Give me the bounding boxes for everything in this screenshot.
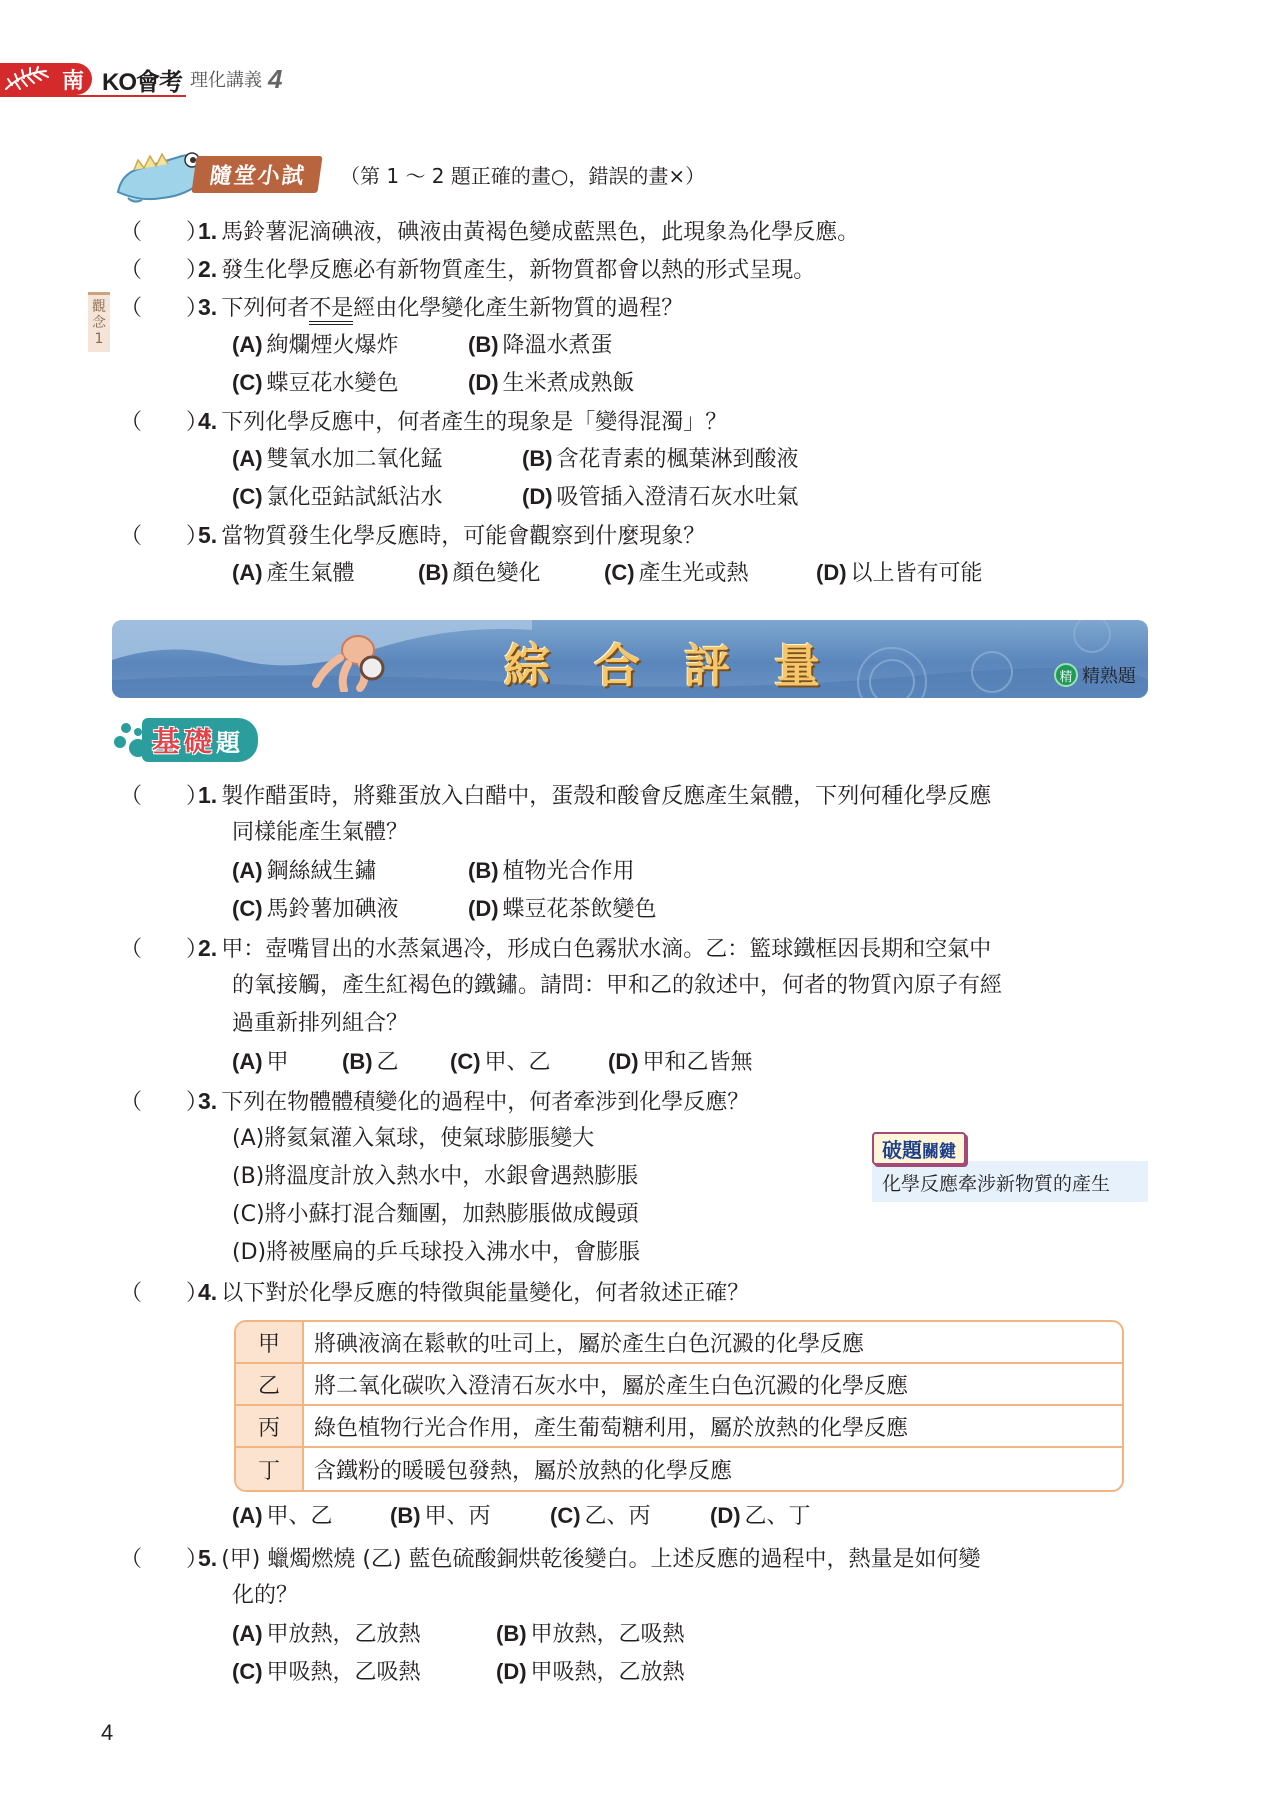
option-c[interactable]: (C)甲、乙 — [450, 1043, 608, 1082]
statement-table: 甲將碘液滴在鬆軟的吐司上，屬於產生白色沉澱的化學反應 乙將二氧化碳吹入澄清石灰水… — [234, 1320, 1124, 1492]
emphasis-text: 不是 — [309, 296, 353, 325]
options-row: (A)絢爛煙火爆炸 (B)降溫水煮蛋 — [232, 326, 613, 365]
option-text: 甲吸熱，乙放熱 — [531, 1660, 685, 1685]
basic-question-4: （ ）4.以下對於化學反應的特徵與能量變化，何者敘述正確？ — [120, 1273, 749, 1313]
option-text: 甲、乙 — [267, 1504, 333, 1529]
question-text: 下列何者 — [221, 296, 309, 321]
question-number: 4. — [198, 408, 217, 434]
option-text: 氯化亞鈷試紙沾水 — [267, 485, 443, 510]
question-number: 3. — [198, 1088, 217, 1114]
answer-blank[interactable]: （ ） — [120, 290, 198, 328]
option-text: 含花青素的楓葉淋到酸液 — [557, 447, 799, 472]
option-a[interactable]: (A)鋼絲絨生鏽 — [232, 852, 468, 891]
option-label: (B) — [418, 560, 449, 585]
question-text: 以下對於化學反應的特徵與能量變化，何者敘述正確？ — [221, 1281, 749, 1306]
question-number: 4. — [198, 1279, 217, 1305]
question-text-cont: 化的？ — [232, 1577, 298, 1615]
page-header: 南 KO會考 理化講義 4 — [0, 62, 282, 96]
option-a[interactable]: (A)甲放熱，乙放熱 — [232, 1615, 496, 1654]
quiz-question-2: （ ）2.發生化學反應必有新物質產生，新物質都會以熱的形式呈現。 — [120, 250, 815, 290]
option-b[interactable]: (B)甲、丙 — [390, 1497, 550, 1536]
option-text: 生米煮成熟飯 — [503, 371, 635, 396]
answer-blank[interactable]: （ ） — [120, 1275, 198, 1313]
option-label: (C) — [604, 560, 635, 585]
option-text: 雙氧水加二氧化錳 — [267, 447, 443, 472]
row-key: 甲 — [236, 1322, 304, 1362]
volume-number: 4 — [268, 64, 282, 95]
quiz-question-4: （ ）4.下列化學反應中，何者產生的現象是「變得混濁」？ — [120, 402, 727, 442]
answer-blank[interactable]: （ ） — [120, 518, 198, 556]
question-text-cont: 過重新排列組合？ — [232, 1005, 408, 1043]
options-row: (A)產生氣體 (B)顏色變化 (C)產生光或熱 (D)以上皆有可能 — [232, 554, 983, 593]
option-text: 以上皆有可能 — [851, 561, 983, 586]
option-label: (B) — [468, 332, 499, 357]
options-row: (A)鋼絲絨生鏽 (B)植物光合作用 — [232, 852, 635, 891]
section-title-char: 合 — [594, 630, 640, 696]
option-c[interactable]: (C)產生光或熱 — [604, 554, 816, 593]
mastery-label: 精熟題 — [1082, 662, 1136, 688]
option-b[interactable]: (B)降溫水煮蛋 — [468, 326, 613, 365]
answer-blank[interactable]: （ ） — [120, 214, 198, 252]
option-b[interactable]: (B)含花青素的楓葉淋到酸液 — [522, 440, 799, 479]
option-b[interactable]: (B)將溫度計放入熱水中，水銀會遇熱膨脹 — [232, 1158, 638, 1196]
question-text: 下列在物體體積變化的過程中，何者牽涉到化學反應？ — [221, 1090, 749, 1115]
basic-questions-label: 基 礎 題 — [112, 718, 258, 762]
section-title: 綜 合 評 量 — [504, 630, 820, 696]
option-text: 產生光或熱 — [639, 561, 749, 586]
options-row: (C)蝶豆花水變色 (D)生米煮成熟飯 — [232, 364, 635, 403]
concept-tag-char: 念 — [88, 315, 110, 331]
answer-blank[interactable]: （ ） — [120, 778, 198, 816]
section-title-char: 綜 — [504, 630, 550, 696]
option-label: (B) — [232, 1158, 264, 1196]
quiz-question-1: （ ）1.馬鈴薯泥滴碘液，碘液由黃褐色變成藍黑色，此現象為化學反應。 — [120, 212, 859, 252]
option-label: (A) — [232, 446, 263, 471]
basic-label-bar: 基 礎 題 — [142, 718, 258, 762]
option-d[interactable]: (D)蝶豆花茶飲變色 — [468, 890, 657, 929]
question-text: 製作醋蛋時，將雞蛋放入白醋中，蛋殼和酸會反應產生氣體，下列何種化學反應 — [221, 784, 991, 809]
option-label: (B) — [496, 1621, 527, 1646]
options-row: (C)甲吸熱，乙吸熱 (D)甲吸熱，乙放熱 — [232, 1653, 685, 1692]
concept-tag-char: 觀 — [88, 299, 110, 315]
option-label: (D) — [468, 896, 499, 921]
option-label: (A) — [232, 1621, 263, 1646]
question-text: (甲) 蠟燭燃燒 (乙) 藍色硫酸銅烘乾後變白。上述反應的過程中，熱量是如何變 — [221, 1547, 980, 1572]
brand-name: KO會考 — [102, 62, 182, 97]
option-label: (D) — [608, 1049, 639, 1074]
option-d[interactable]: (D)生米煮成熟飯 — [468, 364, 635, 403]
quiz-banner: 隨堂小試 （第 1 ～ 2 題正確的畫○，錯誤的畫×） — [112, 142, 705, 206]
row-key: 丙 — [236, 1406, 304, 1446]
table-row: 丙綠色植物行光合作用，產生葡萄糖利用，屬於放熱的化學反應 — [236, 1406, 1122, 1448]
basic-question-1: （ ）1.製作醋蛋時，將雞蛋放入白醋中，蛋殼和酸會反應產生氣體，下列何種化學反應 — [120, 776, 991, 816]
answer-blank[interactable]: （ ） — [120, 931, 198, 969]
section-title-char: 評 — [684, 630, 730, 696]
option-text: 乙、丁 — [745, 1504, 811, 1529]
option-label: (C) — [232, 370, 263, 395]
question-text-cont: 的氧接觸，產生紅褐色的鐵鏽。請問：甲和乙的敘述中，何者的物質內原子有經 — [232, 967, 1002, 1005]
answer-blank[interactable]: （ ） — [120, 404, 198, 442]
option-b[interactable]: (B)甲放熱，乙吸熱 — [496, 1615, 685, 1654]
option-label: (B) — [390, 1503, 421, 1528]
option-text: 將小蘇打混合麵團，加熱膨脹做成饅頭 — [265, 1196, 639, 1234]
option-text: 將氦氣灌入氣球，使氣球膨脹變大 — [264, 1120, 594, 1158]
question-number: 5. — [198, 1545, 217, 1571]
option-label: (D) — [710, 1503, 741, 1528]
hint-text: 化學反應牽涉新物質的產生 — [872, 1161, 1148, 1202]
option-label: (A) — [232, 1503, 263, 1528]
option-label: (B) — [522, 446, 553, 471]
header-underline — [0, 95, 186, 97]
option-c[interactable]: (C)甲吸熱，乙吸熱 — [232, 1653, 496, 1692]
row-value: 將二氧化碳吹入澄清石灰水中，屬於產生白色沉澱的化學反應 — [304, 1364, 1122, 1404]
question-number: 2. — [198, 935, 217, 961]
mastery-badge: 精 精熟題 — [1054, 662, 1136, 688]
options-row: (A)甲 (B)乙 (C)甲、乙 (D)甲和乙皆無 — [232, 1043, 753, 1082]
option-text: 乙、丙 — [585, 1504, 651, 1529]
option-d[interactable]: (D)甲和乙皆無 — [608, 1043, 753, 1082]
question-number: 5. — [198, 522, 217, 548]
basic-label-char: 題 — [216, 723, 240, 758]
hint-box: 破題關鍵 化學反應牽涉新物質的產生 — [872, 1132, 1148, 1202]
options-row: (A)甲放熱，乙放熱 (B)甲放熱，乙吸熱 — [232, 1615, 685, 1654]
option-label: (C) — [232, 896, 263, 921]
option-label: (A) — [232, 332, 263, 357]
options-row: (A)雙氧水加二氧化錳 (B)含花青素的楓葉淋到酸液 — [232, 440, 799, 479]
option-text: 蝶豆花水變色 — [267, 371, 399, 396]
octopus-mascot-icon — [310, 628, 400, 692]
option-label: (C) — [232, 1659, 263, 1684]
options-row: (C)氯化亞鈷試紙沾水 (D)吸管插入澄清石灰水吐氣 — [232, 478, 799, 517]
option-a[interactable]: (A)甲、乙 — [232, 1497, 390, 1536]
answer-blank[interactable]: （ ） — [120, 1541, 198, 1579]
option-b[interactable]: (B)顏色變化 — [418, 554, 604, 593]
option-label: (C) — [550, 1503, 581, 1528]
option-c[interactable]: (C)馬鈴薯加碘液 — [232, 890, 468, 929]
paw-print-icon — [112, 720, 148, 760]
option-text: 甲放熱，乙吸熱 — [531, 1622, 685, 1647]
option-label: (A) — [232, 560, 263, 585]
book-subtitle: 理化講義 — [190, 66, 262, 92]
option-label: (A) — [232, 858, 263, 883]
option-text: 產生氣體 — [267, 561, 355, 586]
option-a[interactable]: (A)產生氣體 — [232, 554, 418, 593]
option-d[interactable]: (D)乙、丁 — [710, 1497, 811, 1536]
row-value: 將碘液滴在鬆軟的吐司上，屬於產生白色沉澱的化學反應 — [304, 1322, 1122, 1362]
option-text: 植物光合作用 — [503, 859, 635, 884]
concept-tag: 觀 念 1 — [88, 292, 110, 352]
question-text: 下列化學反應中，何者產生的現象是「變得混濁」？ — [221, 410, 727, 435]
hint-tag-main: 破題 — [882, 1138, 922, 1162]
question-text: 馬鈴薯泥滴碘液，碘液由黃褐色變成藍黑色，此現象為化學反應。 — [221, 220, 859, 245]
option-d[interactable]: (D)吸管插入澄清石灰水吐氣 — [522, 478, 799, 517]
fern-logo-icon — [2, 65, 62, 93]
option-label: (D) — [468, 370, 499, 395]
row-key: 乙 — [236, 1364, 304, 1404]
question-text: 當物質發生化學反應時，可能會觀察到什麼現象？ — [221, 524, 705, 549]
option-a[interactable]: (A)雙氧水加二氧化錳 — [232, 440, 522, 479]
row-key: 丁 — [236, 1448, 304, 1490]
option-d[interactable]: (D)以上皆有可能 — [816, 554, 983, 593]
option-c[interactable]: (C)蝶豆花水變色 — [232, 364, 468, 403]
option-c[interactable]: (C)氯化亞鈷試紙沾水 — [232, 478, 522, 517]
option-text: 甲和乙皆無 — [643, 1050, 753, 1075]
table-row: 甲將碘液滴在鬆軟的吐司上，屬於產生白色沉澱的化學反應 — [236, 1322, 1122, 1364]
hint-tag: 破題關鍵 — [872, 1132, 966, 1165]
option-text: 降溫水煮蛋 — [503, 333, 613, 358]
table-row: 丁含鐵粉的暖暖包發熱，屬於放熱的化學反應 — [236, 1448, 1122, 1490]
option-text: 甲、乙 — [485, 1050, 551, 1075]
option-label: (B) — [342, 1049, 373, 1074]
question-number: 1. — [198, 782, 217, 808]
option-label: (C) — [232, 1196, 265, 1234]
option-c[interactable]: (C)乙、丙 — [550, 1497, 710, 1536]
question-text: 甲：壺嘴冒出的水蒸氣遇冷，形成白色霧狀水滴。乙：籃球鐵框因長期和空氣中 — [221, 937, 991, 962]
option-text: 甲放熱，乙放熱 — [267, 1622, 421, 1647]
question-text-cont: 同樣能產生氣體？ — [232, 814, 408, 852]
option-a[interactable]: (A)甲 — [232, 1043, 342, 1082]
basic-question-2: （ ）2.甲：壺嘴冒出的水蒸氣遇冷，形成白色霧狀水滴。乙：籃球鐵框因長期和空氣中 — [120, 929, 991, 969]
option-text: 絢爛煙火爆炸 — [267, 333, 399, 358]
options-row: (A)甲、乙 (B)甲、丙 (C)乙、丙 (D)乙、丁 — [232, 1497, 811, 1536]
page-number: 4 — [101, 1720, 113, 1746]
publisher-name: 南 — [62, 64, 84, 95]
option-d[interactable]: (D)甲吸熱，乙放熱 — [496, 1653, 685, 1692]
option-label: (B) — [468, 858, 499, 883]
option-text: 甲 — [267, 1050, 289, 1075]
option-label: (D) — [522, 484, 553, 509]
option-label: (D) — [496, 1659, 527, 1684]
option-label: (A) — [232, 1120, 264, 1158]
question-number: 1. — [198, 218, 217, 244]
option-d[interactable]: (D)將被壓扁的乒乓球投入沸水中，會膨脹 — [232, 1234, 640, 1272]
basic-label-char: 礎 — [184, 720, 212, 760]
section-title-char: 量 — [774, 630, 820, 696]
option-label: (A) — [232, 1049, 263, 1074]
quiz-instruction: （第 1 ～ 2 題正確的畫○，錯誤的畫×） — [340, 160, 705, 189]
option-text: 鋼絲絨生鏽 — [267, 859, 377, 884]
answer-blank[interactable]: （ ） — [120, 1084, 198, 1122]
option-text: 吸管插入澄清石灰水吐氣 — [557, 485, 799, 510]
question-number: 3. — [198, 294, 217, 320]
concept-tag-number: 1 — [88, 331, 110, 347]
basic-label-char: 基 — [152, 720, 180, 760]
option-text: 將溫度計放入熱水中，水銀會遇熱膨脹 — [264, 1158, 638, 1196]
option-text: 甲、丙 — [425, 1504, 491, 1529]
basic-question-5: （ ）5.(甲) 蠟燭燃燒 (乙) 藍色硫酸銅烘乾後變白。上述反應的過程中，熱量… — [120, 1539, 981, 1579]
row-value: 含鐵粉的暖暖包發熱，屬於放熱的化學反應 — [304, 1448, 1122, 1490]
question-number: 2. — [198, 256, 217, 282]
section-banner: 綜 合 評 量 精 精熟題 — [112, 620, 1148, 698]
options-row: (C)馬鈴薯加碘液 (D)蝶豆花茶飲變色 — [232, 890, 657, 929]
quiz-title: 隨堂小試 — [191, 156, 322, 193]
publisher-badge: 南 — [0, 63, 92, 95]
option-label: (D) — [232, 1234, 266, 1272]
option-b[interactable]: (B)植物光合作用 — [468, 852, 635, 891]
option-a[interactable]: (A)將氦氣灌入氣球，使氣球膨脹變大 — [232, 1120, 594, 1158]
option-label: (D) — [816, 560, 847, 585]
option-a[interactable]: (A)絢爛煙火爆炸 — [232, 326, 468, 365]
option-text: 將被壓扁的乒乓球投入沸水中，會膨脹 — [266, 1234, 640, 1272]
option-label: (C) — [232, 484, 263, 509]
table-row: 乙將二氧化碳吹入澄清石灰水中，屬於產生白色沉澱的化學反應 — [236, 1364, 1122, 1406]
option-text: 蝶豆花茶飲變色 — [503, 897, 657, 922]
question-text: 經由化學變化產生新物質的過程？ — [353, 296, 683, 321]
quiz-question-5: （ ）5.當物質發生化學反應時，可能會觀察到什麼現象？ — [120, 516, 705, 556]
mastery-icon: 精 — [1054, 663, 1078, 687]
option-label: (C) — [450, 1049, 481, 1074]
answer-blank[interactable]: （ ） — [120, 252, 198, 290]
option-text: 顏色變化 — [453, 561, 541, 586]
row-value: 綠色植物行光合作用，產生葡萄糖利用，屬於放熱的化學反應 — [304, 1406, 1122, 1446]
option-b[interactable]: (B)乙 — [342, 1043, 450, 1082]
option-text: 甲吸熱，乙吸熱 — [267, 1660, 421, 1685]
basic-question-3: （ ）3.下列在物體體積變化的過程中，何者牽涉到化學反應？ — [120, 1082, 749, 1122]
question-text: 發生化學反應必有新物質產生，新物質都會以熱的形式呈現。 — [221, 258, 815, 283]
hint-tag-sub: 關鍵 — [922, 1142, 956, 1162]
option-text: 馬鈴薯加碘液 — [267, 897, 399, 922]
option-c[interactable]: (C)將小蘇打混合麵團，加熱膨脹做成饅頭 — [232, 1196, 639, 1234]
option-text: 乙 — [377, 1050, 399, 1075]
quiz-question-3: （ ）3.下列何者不是經由化學變化產生新物質的過程？ — [120, 288, 683, 328]
